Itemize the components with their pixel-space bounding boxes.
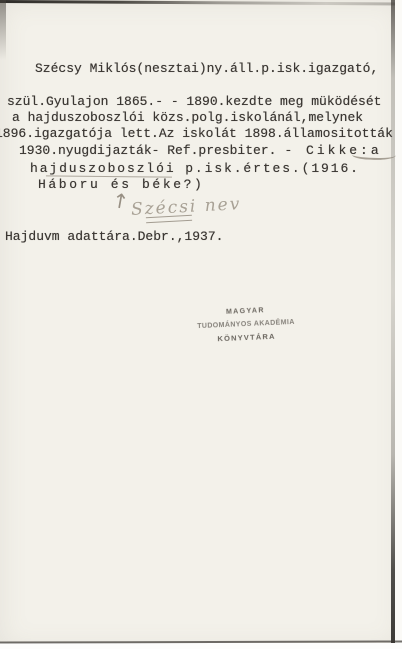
pencil-underline-cikke-a xyxy=(352,149,396,161)
card-body-line-birth: szül.Gyulajon 1865.- - 1890.kezdte meg m… xyxy=(7,94,381,109)
scan-edge-right-margin xyxy=(395,0,402,649)
pencil-double-underline xyxy=(146,215,192,223)
pencil-underline-hajduszoboszloi xyxy=(46,167,172,177)
scan-edge-bottom-margin xyxy=(0,643,402,649)
card-body-line-retired: 1930.nyugdijazták- Ref.presbiter.- Cikke… xyxy=(19,143,382,158)
scan-edge-right xyxy=(391,0,395,649)
card-source-citation: Hajduvm adattára.Debr.,1937. xyxy=(5,229,223,244)
card-body-line-school: a hajduszoboszlói közs.polg.iskolánál,me… xyxy=(12,110,363,125)
library-stamp: MAGYAR TUDOMÁNYOS AKADÉMIA KÖNYVTÁRA xyxy=(187,303,305,346)
scan-edge-left xyxy=(0,0,6,60)
scan-edge-top xyxy=(0,0,402,6)
card-heading-name-title: Szécsy Miklós(nesztai)ny.áll.p.isk.igazg… xyxy=(35,61,378,76)
scanned-catalog-card: Szécsy Miklós(nesztai)ny.áll.p.isk.igazg… xyxy=(0,0,402,649)
pencil-arrow-up-icon: ↑ xyxy=(110,188,131,215)
card-body-line-director: 1896.igazgatója lett.Az iskolát 1898.áll… xyxy=(0,126,393,141)
card-body-line-retired-normal: 1930.nyugdijazták- Ref.presbiter. xyxy=(19,143,276,158)
